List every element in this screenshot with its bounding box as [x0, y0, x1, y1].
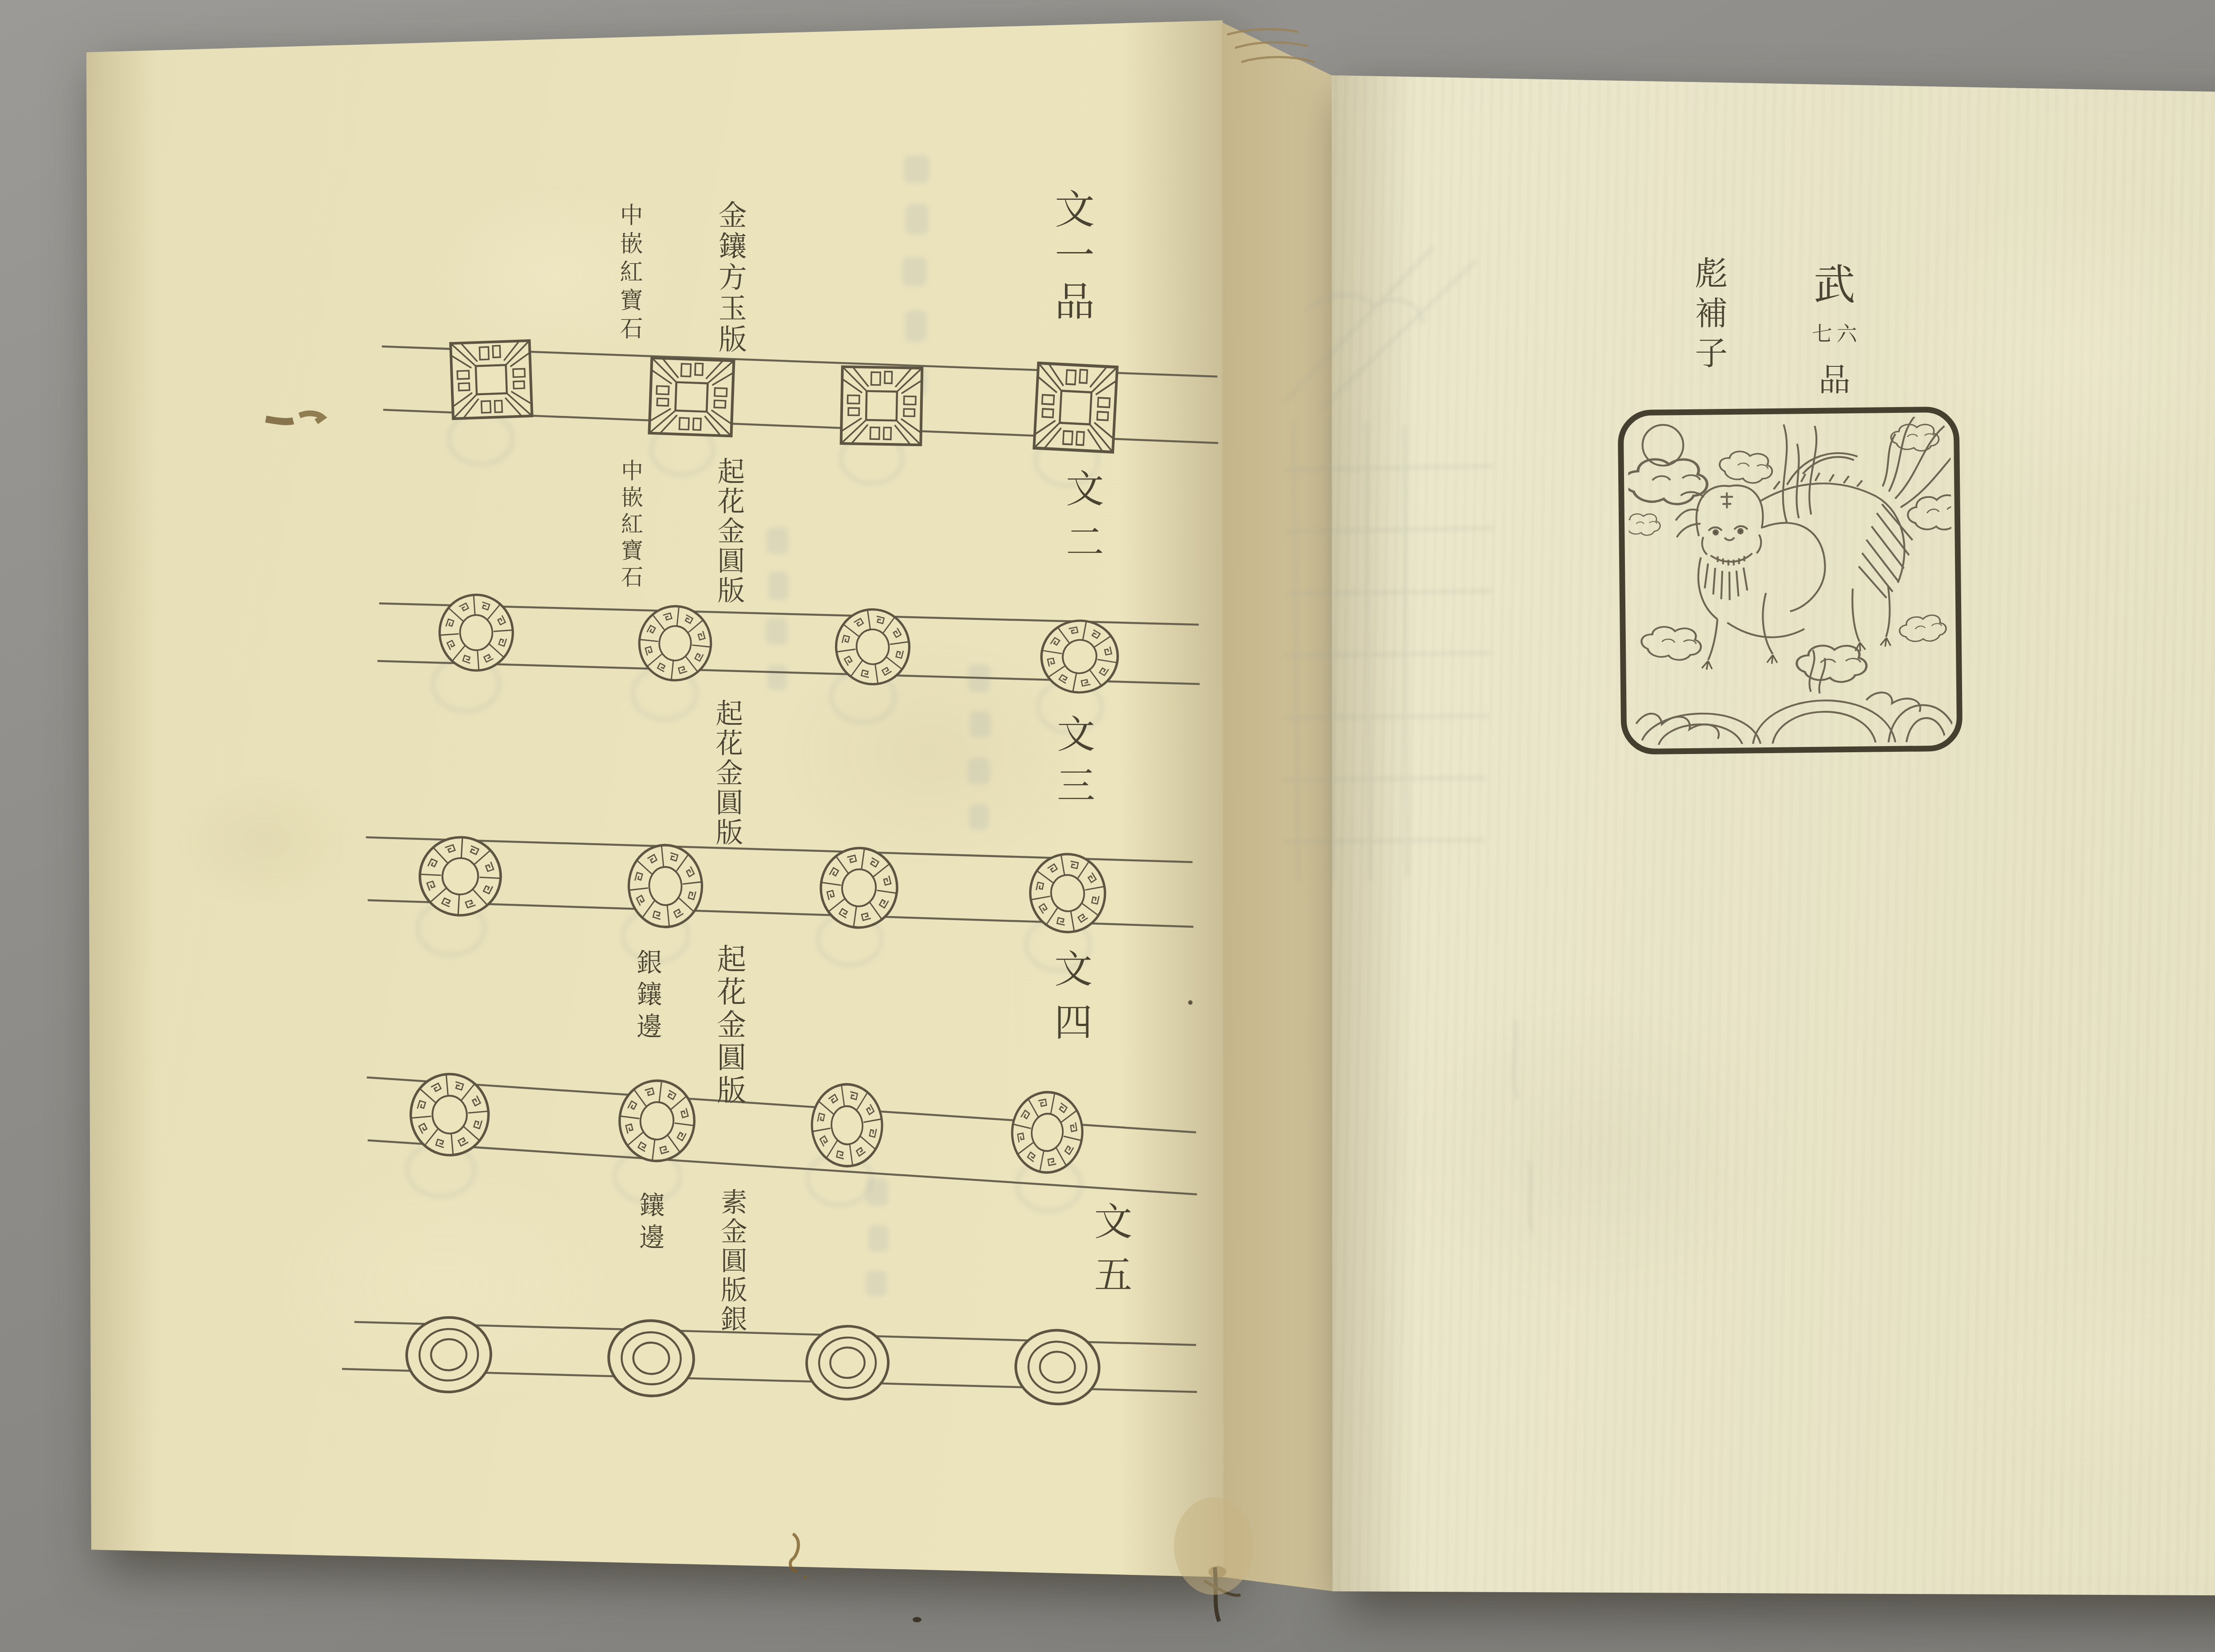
row1-main-label: 金鑲方玉版 — [716, 200, 744, 355]
row4-sub-label: 銀鑲邊 — [634, 949, 660, 1045]
square-plaque-ornament — [841, 367, 922, 445]
rank-header-wen-4: 文四 — [1051, 949, 1089, 1055]
row3-main-label: 起花金圓版 — [713, 699, 741, 847]
square-plaque-ornament — [1034, 363, 1117, 452]
roundel-ornament — [636, 602, 715, 684]
rank-header-wen-1: 文一品 — [1051, 188, 1091, 327]
military-rank-seven: 七 — [1812, 318, 1832, 347]
row4-main-label: 起花金圓版 — [714, 944, 743, 1108]
belt-row-1 — [382, 341, 1218, 452]
roundel-ornament — [807, 1079, 887, 1172]
stains-and-specks — [790, 420, 2215, 1622]
rank-header-wen-2: 文二 — [1062, 469, 1100, 575]
square-plaque-ornament — [451, 341, 532, 419]
cloud-scroll-icon — [1718, 449, 1775, 485]
row1-sub-label: 中嵌紅寶石 — [618, 203, 641, 345]
row5-main-label: 素金圓版銀 — [719, 1188, 745, 1334]
badge-frame — [1620, 409, 1960, 752]
cloud-scroll-icon — [1897, 613, 1948, 645]
biao-beast-icon — [1675, 414, 1967, 671]
square-plaque-ornament — [649, 358, 734, 436]
military-rank-column: 武 七 六 品 — [1810, 252, 1859, 400]
military-rank-six: 六 — [1837, 318, 1857, 347]
photo-of-open-manuscript-book: 文一品 文二 文三 文四 文五 金鑲方玉版 中嵌紅寶石 起花金圓版 中嵌紅寶石 … — [0, 0, 2215, 1652]
cloud-scroll-icon — [1624, 513, 1660, 535]
military-rank-main: 武 — [1814, 252, 1855, 311]
belt-row-3 — [366, 836, 1193, 938]
roundel-ornament — [615, 1076, 699, 1166]
row5-sub-label: 鑲邊 — [637, 1192, 663, 1256]
roundel-ornament — [816, 843, 902, 933]
cloud-scroll-icon — [1640, 626, 1702, 661]
gutter-bottom-stain — [1174, 1497, 1254, 1595]
cloud-scroll-icon — [1891, 424, 1939, 451]
belt-row-2 — [377, 592, 1200, 698]
roundel-ornament — [1035, 615, 1124, 698]
rank-badge-drawing — [1620, 409, 1968, 752]
plain-roundel-ornament — [405, 1315, 493, 1394]
belt-row-4 — [367, 1071, 1197, 1194]
ink-drawing-layer — [0, 0, 2215, 1652]
roundel-ornament — [1006, 1085, 1089, 1180]
badge-title-label: 彪補子 — [1692, 256, 1725, 376]
belt-row-5 — [342, 1315, 1197, 1406]
plain-roundel-ornament — [805, 1325, 890, 1400]
binding-thread-marks — [266, 29, 1315, 422]
rank-header-wen-3: 文三 — [1053, 714, 1092, 817]
row2-sub-label: 中嵌紅寶石 — [619, 459, 641, 592]
roundel-ornament — [625, 841, 706, 931]
rank-header-wen-5: 文五 — [1091, 1201, 1129, 1308]
military-rank-pin: 品 — [1819, 354, 1850, 400]
row2-main-label: 起花金圓版 — [715, 457, 742, 606]
